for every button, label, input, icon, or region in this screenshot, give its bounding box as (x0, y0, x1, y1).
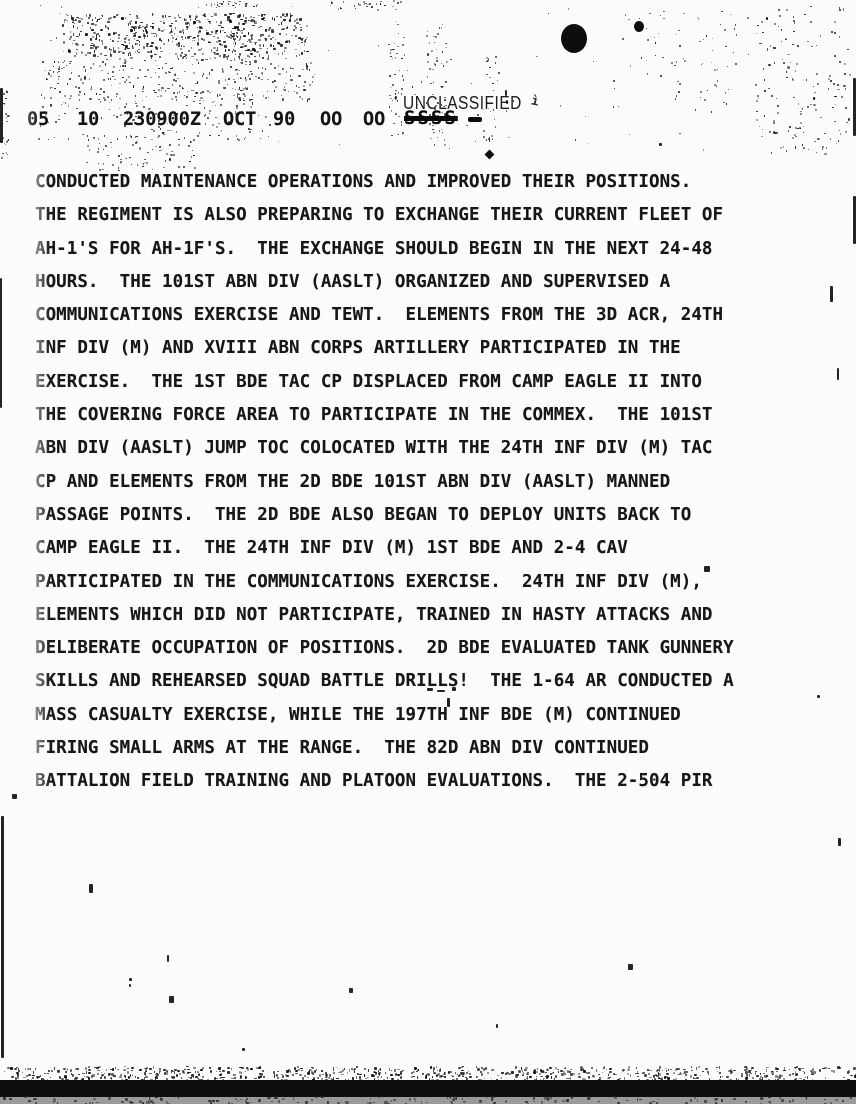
scan-speckle (390, 1074, 393, 1077)
scan-speckle (746, 1067, 748, 1070)
scan-speckle (434, 1073, 435, 1074)
scan-speckle (777, 105, 778, 107)
scan-speckle (798, 103, 799, 104)
scan-speckle (377, 1076, 380, 1078)
scan-speckle (603, 1067, 605, 1068)
scan-speckle (789, 126, 791, 128)
scan-speckle (803, 147, 805, 149)
scan-speckle (80, 31, 82, 32)
scan-speckle (792, 137, 794, 139)
scan-speckle (258, 67, 259, 68)
scan-speckle (136, 105, 138, 107)
scan-speckle (89, 52, 92, 54)
scan-speckle (649, 13, 651, 15)
scan-speckle (810, 104, 812, 105)
scan-speckle (99, 18, 102, 19)
scan-speckle (251, 73, 253, 74)
scan-speckle (381, 1076, 382, 1078)
scan-speckle (393, 1099, 396, 1101)
scan-speckle (442, 132, 443, 133)
scan-speckle (128, 1076, 130, 1079)
scan-speckle (128, 39, 130, 42)
scan-speckle (79, 33, 80, 36)
scan-speckle (100, 88, 102, 90)
scan-speckle (131, 164, 133, 165)
scan-speckle (66, 20, 68, 22)
scan-speckle (280, 16, 283, 19)
scan-speckle (795, 1073, 798, 1076)
scan-speckle (339, 144, 340, 145)
scan-speckle (704, 566, 710, 572)
scan-speckle (184, 1069, 187, 1071)
document-body-text: CONDUCTED MAINTENANCE OPERATIONS AND IMP… (35, 174, 734, 807)
scan-speckle (634, 1081, 636, 1082)
scan-speckle (817, 695, 820, 698)
scan-speckle (766, 17, 768, 20)
scan-speckle (203, 73, 205, 74)
scan-speckle (768, 1097, 771, 1098)
scan-speckle (402, 1070, 404, 1071)
scan-speckle (235, 54, 237, 55)
scan-speckle (119, 108, 120, 109)
scan-speckle (819, 1069, 821, 1072)
scan-speckle (759, 43, 761, 44)
scan-speckle (807, 41, 809, 43)
scan-speckle (185, 37, 186, 39)
scan-speckle (124, 81, 126, 83)
scan-speckle (96, 93, 97, 95)
scan-speckle (220, 1073, 222, 1075)
scan-speckle (814, 1081, 815, 1083)
scan-speckle (152, 23, 155, 25)
scan-speckle (639, 1099, 642, 1101)
scan-speckle (440, 1068, 441, 1070)
scan-speckle (191, 56, 193, 57)
scan-speckle (434, 1068, 435, 1070)
scan-speckle (211, 49, 213, 52)
scan-speckle (113, 115, 115, 116)
scan-speckle (195, 1076, 198, 1079)
scan-speckle (716, 85, 717, 86)
scan-speckle (781, 1099, 784, 1102)
scan-speckle (98, 19, 100, 20)
scan-speckle (786, 9, 788, 11)
scan-speckle (761, 1098, 764, 1099)
scan-speckle (659, 1066, 661, 1068)
scan-speckle (703, 39, 704, 41)
scan-speckle (258, 77, 260, 79)
scan-speckle (93, 1098, 96, 1101)
scan-speckle (97, 1070, 100, 1071)
scan-speckle (442, 24, 443, 25)
scan-speckle (143, 35, 146, 36)
scan-speckle (253, 17, 255, 19)
scan-speckle (256, 51, 259, 52)
scan-speckle (828, 88, 829, 89)
scan-speckle (38, 138, 40, 140)
scan-speckle (230, 66, 232, 68)
scan-speckle (588, 1076, 590, 1078)
scan-speckle (283, 19, 286, 22)
scan-speckle (282, 1075, 283, 1078)
scan-speckle (164, 29, 165, 30)
scan-speckle (209, 92, 211, 93)
scan-speckle (243, 103, 245, 105)
scan-speckle (596, 1069, 598, 1072)
scan-speckle (123, 1069, 126, 1070)
scan-speckle (247, 55, 249, 57)
scan-speckle (778, 26, 779, 27)
scan-speckle (89, 149, 90, 151)
scan-speckle (154, 36, 155, 37)
scan-speckle (250, 63, 252, 64)
scan-speckle (516, 1076, 518, 1079)
scan-speckle (677, 1074, 680, 1075)
scan-speckle (250, 53, 253, 55)
scan-speckle (252, 48, 255, 51)
scan-speckle (495, 56, 497, 58)
scan-speckle (441, 63, 442, 64)
scan-speckle (789, 1069, 790, 1070)
scan-speckle (778, 9, 780, 11)
scan-speckle (107, 21, 110, 23)
scan-speckle (281, 95, 282, 97)
scan-speckle (290, 75, 291, 77)
scan-speckle (477, 1076, 478, 1078)
scan-speckle (146, 31, 148, 34)
scan-speckle (186, 1066, 189, 1067)
scan-speckle (198, 7, 199, 9)
scan-speckle (524, 1069, 527, 1071)
scan-speckle (234, 1074, 235, 1076)
scan-speckle (445, 105, 447, 106)
scan-speckle (583, 1070, 586, 1072)
scan-speckle (119, 98, 121, 100)
scan-speckle (824, 153, 826, 155)
scan-speckle (119, 83, 121, 84)
scan-speckle (109, 102, 110, 103)
scan-speckle (547, 1097, 549, 1099)
scan-speckle (194, 96, 196, 97)
scan-speckle (78, 87, 80, 88)
scan-speckle (144, 137, 146, 139)
scan-speckle (81, 51, 82, 54)
scan-speckle (759, 1078, 761, 1080)
scan-speckle (86, 162, 88, 164)
scan-speckle (349, 1069, 350, 1072)
scan-speckle (222, 68, 223, 70)
scan-speckle (107, 155, 109, 157)
scan-speckle (406, 1081, 409, 1083)
scan-speckle (333, 1069, 334, 1072)
scan-speckle (250, 71, 252, 72)
scan-speckle (418, 1069, 419, 1070)
scan-speckle (578, 1076, 580, 1079)
scan-speckle (192, 1082, 194, 1084)
scan-speckle (844, 63, 846, 65)
scan-speckle (270, 44, 272, 47)
scan-speckle (143, 106, 145, 108)
scan-speckle (543, 1079, 544, 1081)
scan-speckle (254, 42, 256, 43)
scan-speckle (261, 79, 263, 81)
scan-speckle (444, 99, 446, 100)
scan-speckle (800, 113, 802, 114)
scan-speckle (79, 91, 81, 93)
scan-speckle (309, 84, 310, 86)
scan-speckle (444, 139, 446, 141)
scan-speckle (228, 55, 229, 57)
scan-speckle (401, 58, 402, 60)
scan-speckle (209, 72, 211, 74)
scan-speckle (146, 162, 147, 164)
scan-speckle (199, 103, 201, 104)
scan-speckle (60, 13, 61, 14)
scan-speckle (250, 16, 252, 18)
scan-speckle (227, 1071, 230, 1074)
scan-speckle (30, 1068, 31, 1070)
scan-speckle (155, 1076, 158, 1079)
scan-speckle (436, 1066, 437, 1068)
scan-speckle (444, 1072, 446, 1075)
scan-speckle (129, 984, 131, 987)
scan-speckle (135, 21, 137, 23)
scan-speckle (69, 61, 71, 62)
scan-speckle (282, 1082, 284, 1085)
scan-speckle (700, 91, 702, 93)
scan-speckle (468, 1071, 470, 1073)
scan-speckle (190, 19, 191, 21)
scan-speckle (221, 3, 223, 4)
scan-speckle (295, 27, 297, 29)
scan-speckle (187, 36, 190, 39)
scan-speckle (407, 70, 408, 71)
scan-speckle (259, 54, 261, 56)
scan-speckle (690, 1099, 691, 1102)
scan-speckle (306, 37, 308, 38)
scan-speckle (290, 1070, 291, 1073)
scan-speckle (238, 70, 240, 71)
scan-speckle (50, 1077, 52, 1079)
scan-speckle (642, 1072, 645, 1074)
scan-speckle (390, 87, 391, 88)
scan-speckle (395, 57, 397, 59)
scan-speckle (618, 106, 619, 107)
scan-speckle (135, 95, 136, 97)
scan-speckle (53, 1101, 55, 1103)
scan-speckle (61, 68, 63, 69)
scan-speckle (553, 1072, 554, 1073)
scan-speckle (301, 52, 303, 55)
scan-speckle (304, 81, 305, 82)
scan-speckle (741, 1075, 744, 1077)
scan-speckle (225, 49, 226, 51)
scan-speckle (118, 47, 120, 49)
scan-speckle (735, 24, 736, 26)
scan-speckle (262, 1070, 265, 1072)
scan-speckle (245, 79, 247, 81)
scan-speckle (186, 55, 187, 57)
scan-speckle (151, 56, 152, 58)
scan-speckle (88, 139, 89, 141)
scan-speckle (142, 91, 144, 93)
scan-speckle (274, 67, 276, 69)
scan-speckle (178, 1096, 179, 1099)
scan-speckle (209, 1067, 211, 1069)
scan-speckle (369, 3, 371, 5)
scan-speckle (235, 1098, 237, 1100)
scan-speckle (763, 68, 764, 70)
scan-speckle (485, 1067, 486, 1070)
scan-speckle (275, 53, 277, 54)
scan-speckle (143, 46, 145, 49)
scan-speckle (92, 47, 94, 49)
scan-speckle (160, 1097, 161, 1099)
scan-speckle (175, 80, 177, 83)
scan-speckle (805, 1077, 807, 1079)
scan-speckle (673, 1072, 675, 1074)
scan-speckle (268, 97, 269, 98)
scan-speckle (82, 44, 83, 46)
scan-speckle (82, 134, 83, 135)
scan-speckle (314, 1070, 316, 1073)
scan-speckle (421, 81, 422, 83)
scan-speckle (131, 1070, 133, 1072)
scan-speckle (295, 1070, 298, 1072)
scan-speckle (719, 1066, 720, 1069)
scan-speckle (138, 49, 140, 50)
scan-speckle (166, 1081, 169, 1082)
scan-speckle (717, 1071, 719, 1073)
scan-speckle (714, 69, 716, 70)
scan-speckle (492, 83, 494, 84)
scan-speckle (209, 22, 211, 24)
scan-speckle (96, 1102, 99, 1103)
scan-speckle (96, 1067, 99, 1068)
scan-speckle (98, 148, 100, 150)
scan-speckle (40, 125, 41, 127)
scan-speckle (129, 14, 131, 16)
scan-speckle (220, 104, 222, 105)
scan-speckle (816, 45, 817, 46)
scan-speckle (142, 166, 144, 167)
scan-speckle (792, 79, 794, 81)
scan-speckle (425, 1076, 428, 1079)
scan-speckle (160, 95, 162, 97)
scan-speckle (246, 1067, 248, 1069)
scan-speckle (129, 82, 131, 83)
scan-speckle (649, 1070, 652, 1071)
scan-speckle (486, 74, 488, 75)
scan-speckle (110, 142, 112, 143)
scan-speckle (614, 1096, 617, 1099)
scan-speckle (124, 1066, 126, 1067)
scan-speckle (193, 23, 194, 25)
scan-speckle (449, 148, 450, 149)
scan-speckle (776, 98, 777, 99)
scan-speckle (159, 38, 161, 41)
scan-speckle (137, 77, 139, 79)
scan-speckle (191, 156, 192, 158)
scan-speckle (285, 58, 288, 59)
scan-speckle (197, 27, 198, 28)
scan-speckle (804, 14, 806, 15)
scan-speckle (233, 95, 235, 96)
scan-speckle (184, 18, 185, 21)
scan-speckle (402, 75, 403, 77)
scan-speckle (177, 92, 178, 93)
scan-speckle (45, 70, 46, 72)
scan-speckle (359, 1074, 362, 1075)
scan-speckle (536, 1071, 538, 1073)
scan-speckle (233, 38, 234, 40)
scan-speckle (173, 154, 175, 156)
scan-speckle (815, 109, 817, 111)
scan-speckle (81, 18, 83, 20)
scan-speckle (6, 117, 7, 118)
scan-speckle (209, 135, 211, 136)
scan-speckle (793, 31, 795, 33)
scan-speckle (486, 57, 488, 59)
scan-speckle (128, 76, 130, 78)
scan-speckle (250, 119, 252, 120)
scan-speckle (663, 11, 664, 12)
scan-speckle (78, 1074, 81, 1076)
scan-speckle (741, 1073, 743, 1075)
document-line: INF DIV (M) AND XVIII ABN CORPS ARTILLER… (35, 340, 734, 358)
scan-speckle (536, 1076, 537, 1077)
scan-speckle (99, 143, 100, 144)
scan-speckle (144, 76, 146, 77)
scan-speckle (497, 1075, 500, 1076)
scan-speckle (70, 95, 72, 97)
scan-speckle (198, 20, 199, 21)
scan-speckle (307, 1077, 309, 1078)
scan-speckle (216, 7, 217, 9)
scan-speckle (513, 100, 514, 102)
scan-speckle (223, 56, 225, 58)
scan-speckle (724, 1080, 726, 1082)
scan-speckle (109, 48, 110, 50)
scan-speckle (139, 44, 140, 46)
scan-speckle (234, 46, 235, 47)
scan-speckle (162, 1083, 164, 1085)
scan-speckle (196, 92, 198, 94)
scan-speckle (108, 1073, 110, 1076)
scan-speckle (201, 1079, 203, 1082)
scan-speckle (222, 1079, 224, 1081)
scan-speckle (726, 103, 727, 105)
scan-speckle (392, 84, 394, 86)
scan-speckle (162, 15, 164, 18)
scan-speckle (390, 56, 392, 57)
scan-speckle (298, 87, 300, 88)
scan-speckle (159, 56, 161, 58)
scan-speckle (389, 1068, 390, 1071)
scan-speckle (125, 158, 127, 159)
scan-speckle (33, 1071, 34, 1074)
scan-speckle (751, 1083, 752, 1086)
scan-speckle (655, 42, 657, 44)
scan-speckle (237, 26, 239, 28)
scan-speckle (221, 27, 223, 28)
scan-speckle (706, 35, 707, 36)
scan-speckle (487, 1072, 489, 1074)
scan-speckle (288, 91, 289, 92)
scan-speckle (203, 1083, 205, 1086)
scan-speckle (314, 1080, 315, 1083)
scan-speckle (193, 72, 194, 74)
